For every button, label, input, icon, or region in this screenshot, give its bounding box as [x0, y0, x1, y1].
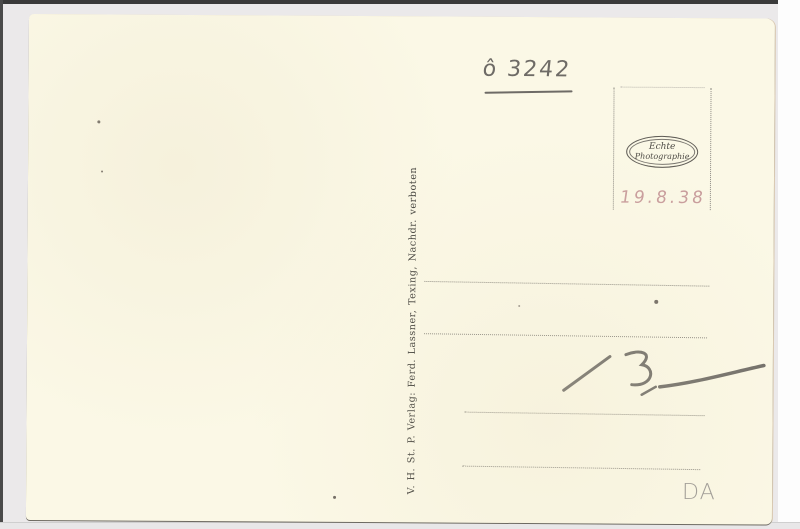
paper-speck	[518, 305, 520, 307]
pencil-date: 19.8.38	[618, 188, 707, 209]
oval-logo-line1: Echte	[649, 142, 675, 152]
address-line-1	[424, 281, 709, 287]
price-handwriting-icon	[564, 342, 764, 403]
reference-number-underline	[485, 90, 573, 93]
postcard-back: ô 3242 V. H. St. P. Verlag: Ferd. Lassne…	[26, 14, 775, 525]
address-line-4	[462, 466, 700, 471]
corner-pencil-mark: DA	[682, 480, 716, 505]
paper-speck	[654, 300, 658, 304]
publisher-imprint: V. H. St. P. Verlag: Ferd. Lassner, Texi…	[406, 167, 419, 495]
paper-speck	[101, 170, 103, 172]
stamp-placement-box: Echte Photographie 19.8.38	[613, 88, 712, 211]
pencil-price-mark	[564, 342, 764, 403]
stamp-box-top-dots	[621, 87, 705, 89]
paper-speck	[333, 496, 336, 499]
reference-number-pencil: ô 3242	[481, 57, 572, 83]
address-line-2	[424, 333, 707, 338]
echte-photographie-oval-logo: Echte Photographie	[626, 136, 698, 168]
address-line-3	[465, 412, 705, 417]
scan-margin-right	[778, 0, 800, 529]
paper-speck	[97, 120, 100, 123]
oval-logo-line2: Photographie	[635, 152, 690, 162]
